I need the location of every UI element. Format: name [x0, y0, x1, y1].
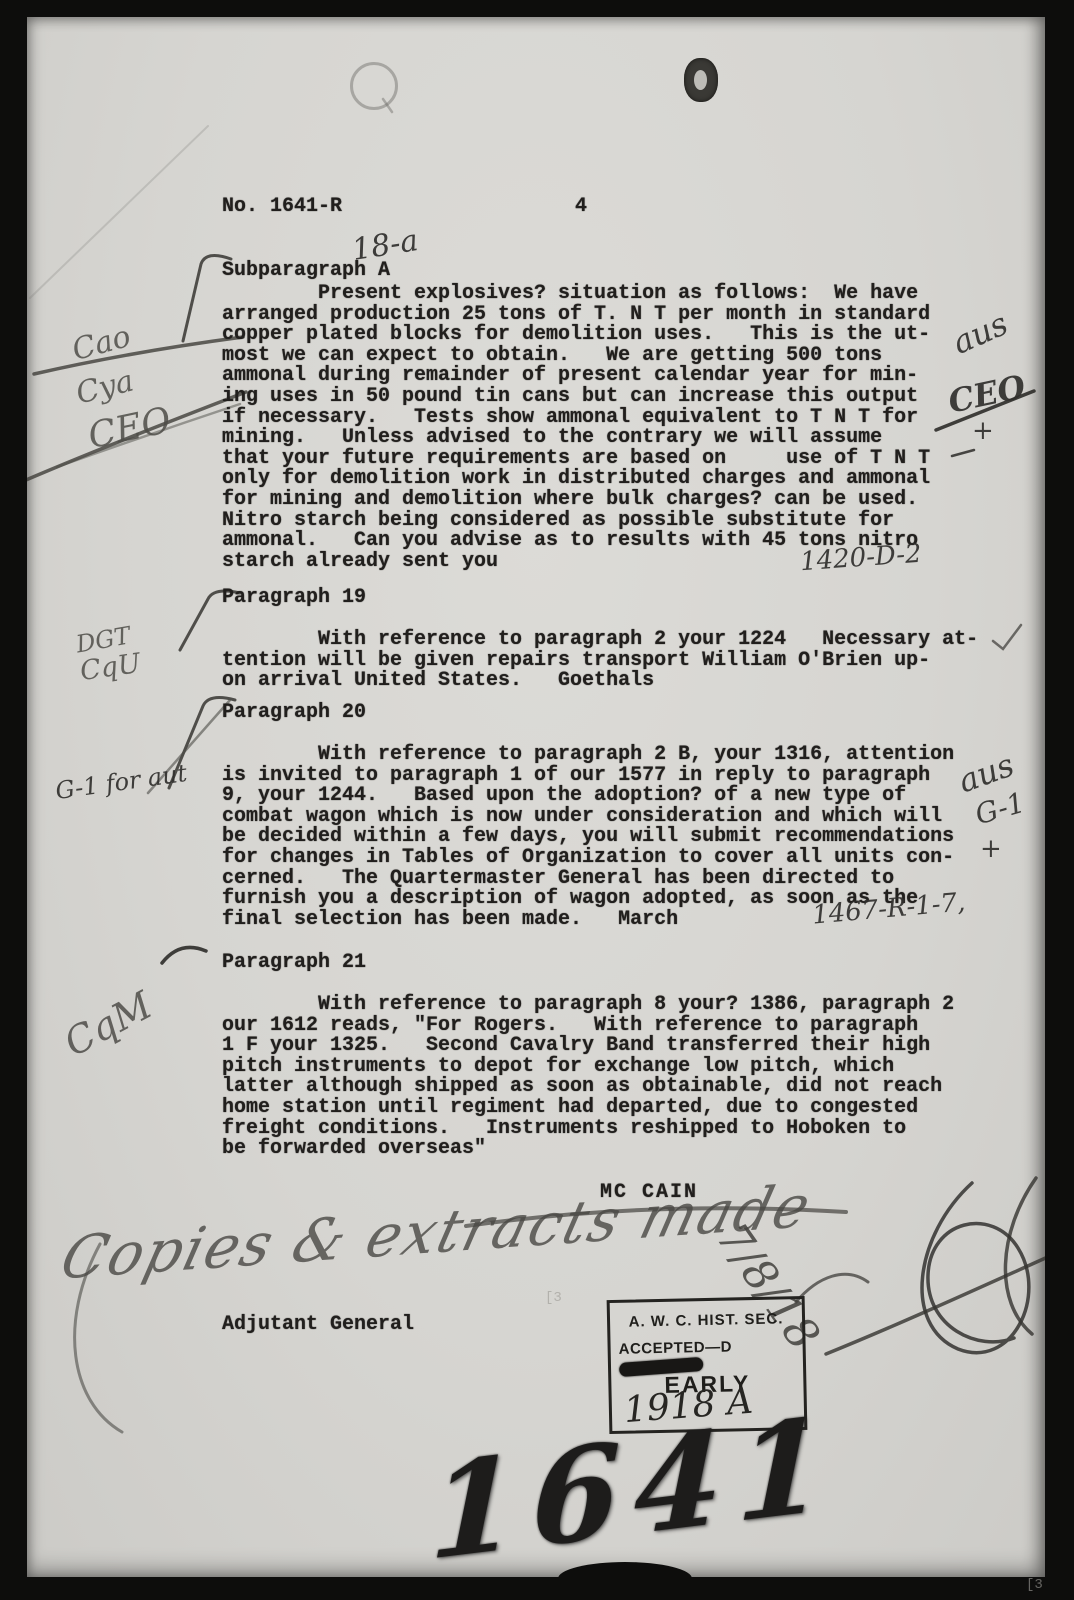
margin-strike-line	[34, 337, 243, 374]
stamp-line1: A. W. C. HIST. SEC.	[610, 1310, 802, 1331]
paragraph-19-body: With reference to paragraph 2 your 1224 …	[222, 630, 997, 692]
subparagraph-18-body: Present explosives? situation as follows…	[222, 284, 997, 572]
office-title: Adjutant General	[222, 1315, 414, 1336]
punch-hole-tail	[383, 99, 392, 112]
doc-number: No. 1641-R	[222, 197, 342, 218]
check-mark	[993, 625, 1021, 649]
paper-crease-line	[30, 126, 208, 298]
stamp-line2-text: ACCEPTED—D	[618, 1338, 732, 1357]
paragraph-21-heading: Paragraph 21	[222, 953, 366, 974]
scan-artifact-mark: [3	[545, 1290, 562, 1306]
margin-plus-top: +	[972, 416, 994, 446]
scan-border-left	[0, 0, 27, 1600]
signature-cross-stroke	[826, 1256, 1050, 1354]
scan-artifact-mark-corner: [3	[1026, 1577, 1043, 1593]
paragraph-21-body: With reference to paragraph 8 your? 1386…	[222, 995, 997, 1160]
paragraph21-check-curve	[162, 947, 206, 963]
scan-border-top	[0, 0, 1074, 17]
margin-plus-p20: +	[980, 834, 1002, 864]
paragraph-19-heading: Paragraph 19	[222, 588, 366, 609]
scanned-document-canvas: No. 1641-R 4 Subparagraph A 18-a Present…	[0, 0, 1074, 1600]
paragraph-20-heading: Paragraph 20	[222, 703, 366, 724]
signature-scribble-loops	[922, 1183, 1029, 1353]
page-number: 4	[575, 197, 587, 218]
scan-border-right	[1045, 0, 1074, 1600]
scan-border-bottom	[0, 1577, 1074, 1600]
